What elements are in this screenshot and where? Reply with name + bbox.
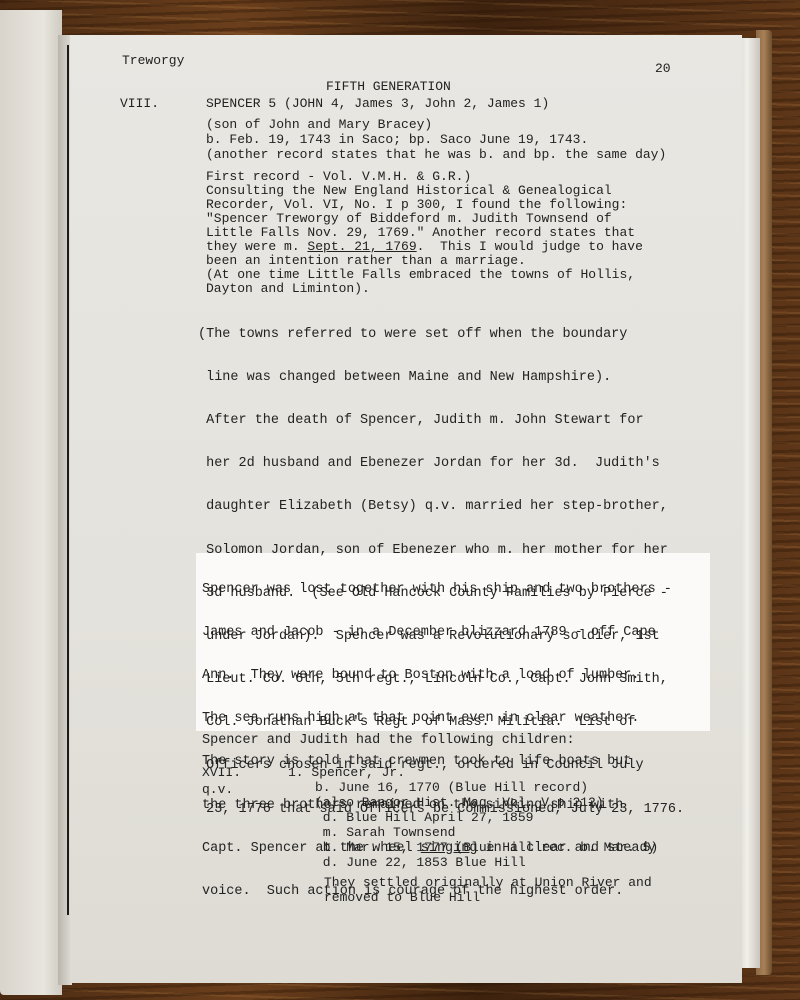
entry-name-line: SPENCER 5 (JOHN 4, James 3, John 2, Jame… (206, 97, 549, 110)
narrative-line: After the death of Spencer, Judith m. Jo… (198, 410, 684, 432)
narrative-line: daughter Elizabeth (Betsy) q.v. married … (198, 496, 684, 518)
page-number: 20 (655, 62, 671, 75)
highlighted-line: The story is told that crewmen took to l… (202, 751, 672, 773)
child-qv: q.v. (202, 783, 233, 796)
running-title: Treworgy (122, 54, 184, 67)
child-number-name: 1. Spencer, Jr. (288, 766, 405, 779)
underlined-date: Sept. 21, 1769 (307, 239, 416, 254)
child-detail: b. June 16, 1770 (Blue Hill record) (315, 781, 588, 794)
binding-line (67, 45, 69, 915)
child-note: removed to Blue Hill (324, 891, 480, 904)
narrative-line: (The towns referred to were set off when… (198, 324, 684, 346)
record-line: Little Falls Nov. 29, 1769." Another rec… (206, 226, 635, 239)
child-note: They settled originally at Union River a… (324, 876, 652, 889)
record-text: they were m. (206, 239, 307, 254)
narrative-line: her 2d husband and Ebenezer Jordan for h… (198, 453, 684, 475)
intro-line: (son of John and Mary Bracey) (206, 118, 432, 131)
children-intro: Spencer and Judith had the following chi… (202, 730, 575, 752)
record-line: Dayton and Liminton). (206, 282, 370, 295)
child-detail: b. Mar. 15, 1777 (Blue Hill rec. b. Mar.… (315, 841, 658, 854)
highlighted-line: Spencer was lost together with his ship … (202, 579, 672, 601)
record-line-with-date: they were m. Sept. 21, 1769. This I woul… (206, 240, 643, 253)
highlighted-line: The sea runs high at that point even in … (202, 708, 672, 730)
record-line: (At one time Little Falls embraced the t… (206, 268, 635, 281)
record-text: . This I would judge to have (417, 239, 643, 254)
record-line: Consulting the New England Historical & … (206, 184, 612, 197)
narrative-line: line was changed between Maine and New H… (198, 367, 684, 389)
child-detail: d. Blue Hill April 27, 1859 (315, 811, 533, 824)
left-page (0, 10, 62, 995)
highlighted-line: James and Jacob - in a December blizzard… (202, 622, 672, 644)
entry-number: VIII. (120, 97, 159, 110)
child-detail: m. Sarah Townsend (315, 826, 455, 839)
highlighted-line: Ann. They were bound to Boston with a lo… (202, 665, 672, 687)
child-detail: (also Bangor Hist. Mag. Vol. V p 212) (315, 796, 604, 809)
child-ref: XVII. (202, 766, 241, 779)
intro-line: (another record states that he was b. an… (206, 148, 666, 161)
record-line: First record - Vol. V.M.H. & G.R.) (206, 170, 471, 183)
record-line: "Spencer Treworgy of Biddeford m. Judith… (206, 212, 612, 225)
record-line: been an intention rather than a marriage… (206, 254, 526, 267)
intro-line: b. Feb. 19, 1743 in Saco; bp. Saco June … (206, 133, 588, 146)
section-title: FIFTH GENERATION (326, 80, 451, 93)
record-line: Recorder, Vol. VI, No. I p 300, I found … (206, 198, 627, 211)
child-detail: d. June 22, 1853 Blue Hill (315, 856, 526, 869)
